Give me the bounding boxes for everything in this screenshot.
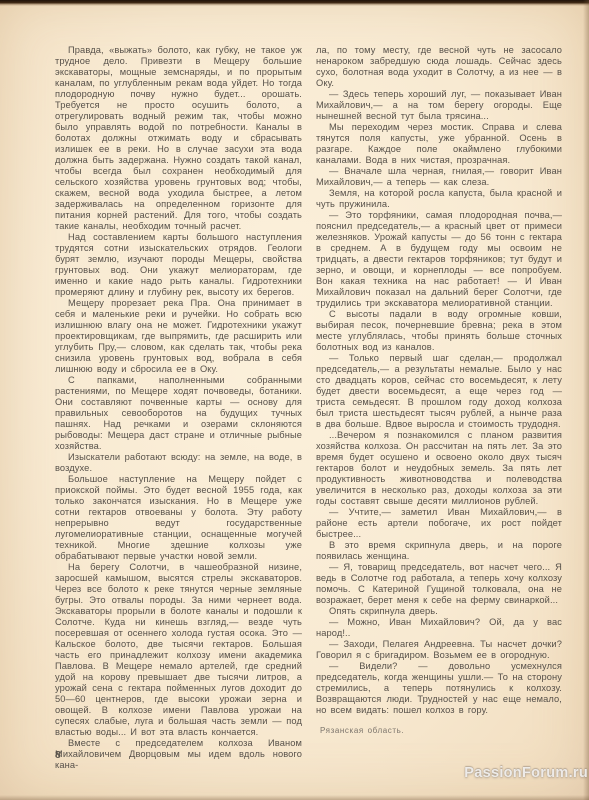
region-note: Рязанская область. xyxy=(316,725,562,736)
paragraph: — Можно, Иван Михайлович? Ой, да у вас н… xyxy=(316,617,562,639)
paragraph: Правда, «выжать» болото, как губку, не т… xyxy=(55,45,302,232)
paragraph: Изыскатели работают всюду: на земле, на … xyxy=(55,452,302,474)
paragraph: Вместе с председателем колхоза Иваном Ми… xyxy=(55,738,302,771)
paragraph: — Только первый шаг сделан,— продолжал п… xyxy=(316,353,562,430)
paragraph: ...Вечером я познакомился с планом разви… xyxy=(316,430,562,507)
right-column: ла, по тому месту, где весной чуть не за… xyxy=(316,45,562,736)
paragraph: Земля, на которой росла капуста, была кр… xyxy=(316,188,562,210)
paragraph: С высоты падали в воду огромные ковши, в… xyxy=(316,309,562,353)
paragraph: Мещеру прорезает река Пра. Она принимает… xyxy=(55,298,302,375)
paragraph: — Я, товарищ председатель, вот насчет че… xyxy=(316,562,562,606)
paragraph: — Заходи, Пелагея Андреевна. Ты насчет д… xyxy=(316,639,562,661)
magazine-page: Правда, «выжать» болото, как губку, не т… xyxy=(0,0,589,800)
paragraph: — Это торфяники, самая плодородная почва… xyxy=(316,210,562,309)
page-number: 8 xyxy=(55,749,61,761)
page-bottom-edge xyxy=(0,795,589,800)
paragraph: Над составлением карты большого наступле… xyxy=(55,232,302,298)
paragraph: На берегу Солотчи, в чашеобразной низине… xyxy=(55,562,302,738)
paragraph: Большое наступление на Мещеру пойдет с п… xyxy=(55,474,302,562)
paragraph: — Видели? — довольно усмехнулся председа… xyxy=(316,661,562,716)
left-column: Правда, «выжать» болото, как губку, не т… xyxy=(55,45,302,771)
paragraph: — Вначале шла черная, гнилая,— говорит И… xyxy=(316,166,562,188)
paragraph: В это время скрипнула дверь, и на пороге… xyxy=(316,540,562,562)
paragraph: — Здесь теперь хороший луг, — показывает… xyxy=(316,89,562,122)
page-top-edge xyxy=(0,0,589,6)
paragraph: Мы переходим через мостик. Справа и слев… xyxy=(316,122,562,166)
paragraph: — Учтите,— заметил Иван Михайлович,— в р… xyxy=(316,507,562,540)
page-right-edge xyxy=(583,0,589,800)
watermark: PassionForum.ru xyxy=(464,765,588,781)
paragraph: Опять скрипнула дверь. xyxy=(316,606,562,617)
paragraph: ла, по тому месту, где весной чуть не за… xyxy=(316,45,562,89)
paragraph: С папками, наполненными собранными расте… xyxy=(55,375,302,452)
